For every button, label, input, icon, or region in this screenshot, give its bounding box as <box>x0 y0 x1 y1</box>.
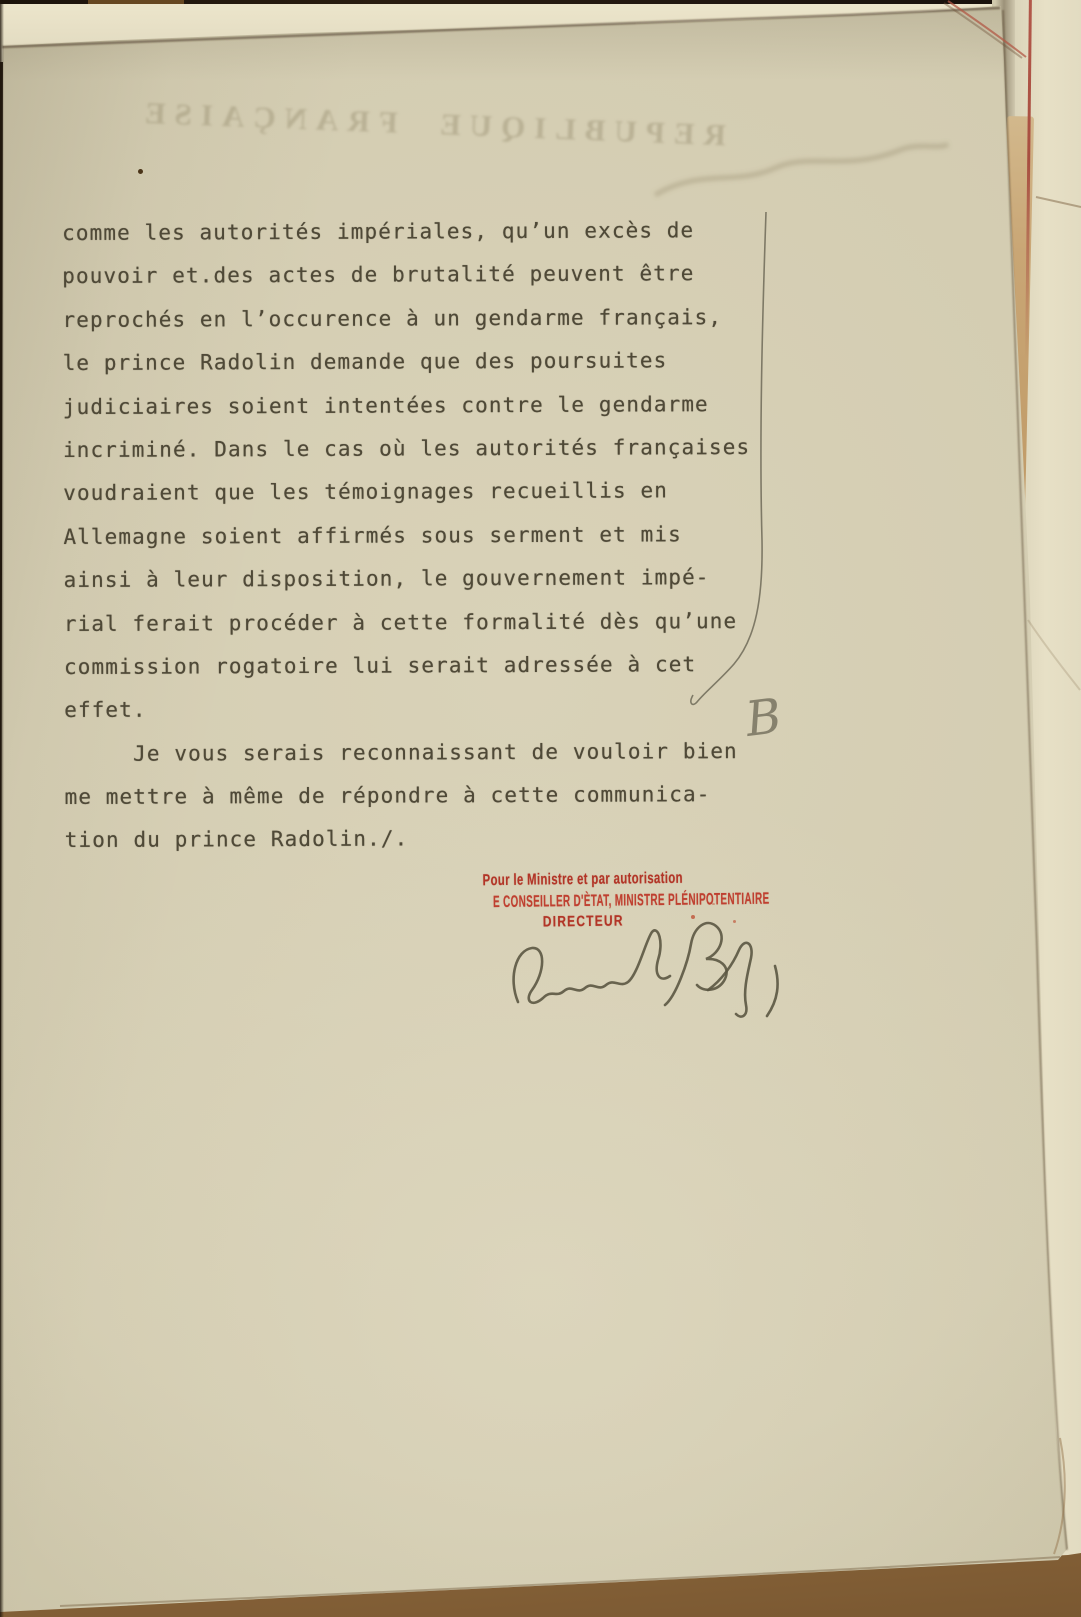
dust-speck <box>138 169 143 174</box>
ministry-ink-stamp: Pour le Ministre et par autorisation E C… <box>433 866 734 933</box>
typed-line: effet. <box>64 686 824 733</box>
typed-line: voudraient que les témoignages recueilli… <box>63 469 823 516</box>
typed-line: Allemagne soient affirmés sous serment e… <box>63 512 823 559</box>
typed-line: commission rogatoire lui serait adressée… <box>64 643 824 690</box>
left-folder-sliver <box>0 0 4 1617</box>
typed-line: ainsi à leur disposition, le gouvernemen… <box>64 556 824 603</box>
typed-line: Je vous serais reconnaissant de vouloir … <box>64 729 824 776</box>
stamp-ink-speck <box>733 920 736 923</box>
typed-line: me mettre à même de répondre à cette com… <box>64 773 824 820</box>
typed-line: pouvoir et.des actes de brutalité peuven… <box>62 252 822 299</box>
typed-letter-body: comme les autorités impériales, qu’un ex… <box>62 209 825 863</box>
typed-line: reprochés en l’occurence à un gendarme f… <box>62 295 822 342</box>
stamp-ink-speck <box>691 915 695 919</box>
archival-document-photo: REPUBLIQUE FRANÇAISE comme les autorités… <box>0 0 1081 1617</box>
stamp-line-1: Pour le Ministre et par autorisation <box>476 867 689 893</box>
typed-line: rial ferait procéder à cette formalité d… <box>64 599 824 646</box>
typed-line: judiciaires soient intentées contre le g… <box>63 382 823 429</box>
letter-page: REPUBLIQUE FRANÇAISE comme les autorités… <box>0 0 1081 1617</box>
stamp-line-2: E CONSEILLER D'ÈTAT, MINISTRE PLÉNIPOTEN… <box>493 890 673 912</box>
typed-line: tion du prince Radolin./. <box>65 816 825 863</box>
stamp-line-3: DIRECTEUR <box>463 911 703 933</box>
typed-line: le prince Radolin demande que des poursu… <box>63 339 823 386</box>
typed-line: incriminé. Dans le cas où les autorités … <box>63 426 823 473</box>
stamp-ink-speck <box>712 903 715 905</box>
typed-line: comme les autorités impériales, qu’un ex… <box>62 209 822 256</box>
mirrored-showthrough-header: REPUBLIQUE FRANÇAISE <box>85 79 777 169</box>
